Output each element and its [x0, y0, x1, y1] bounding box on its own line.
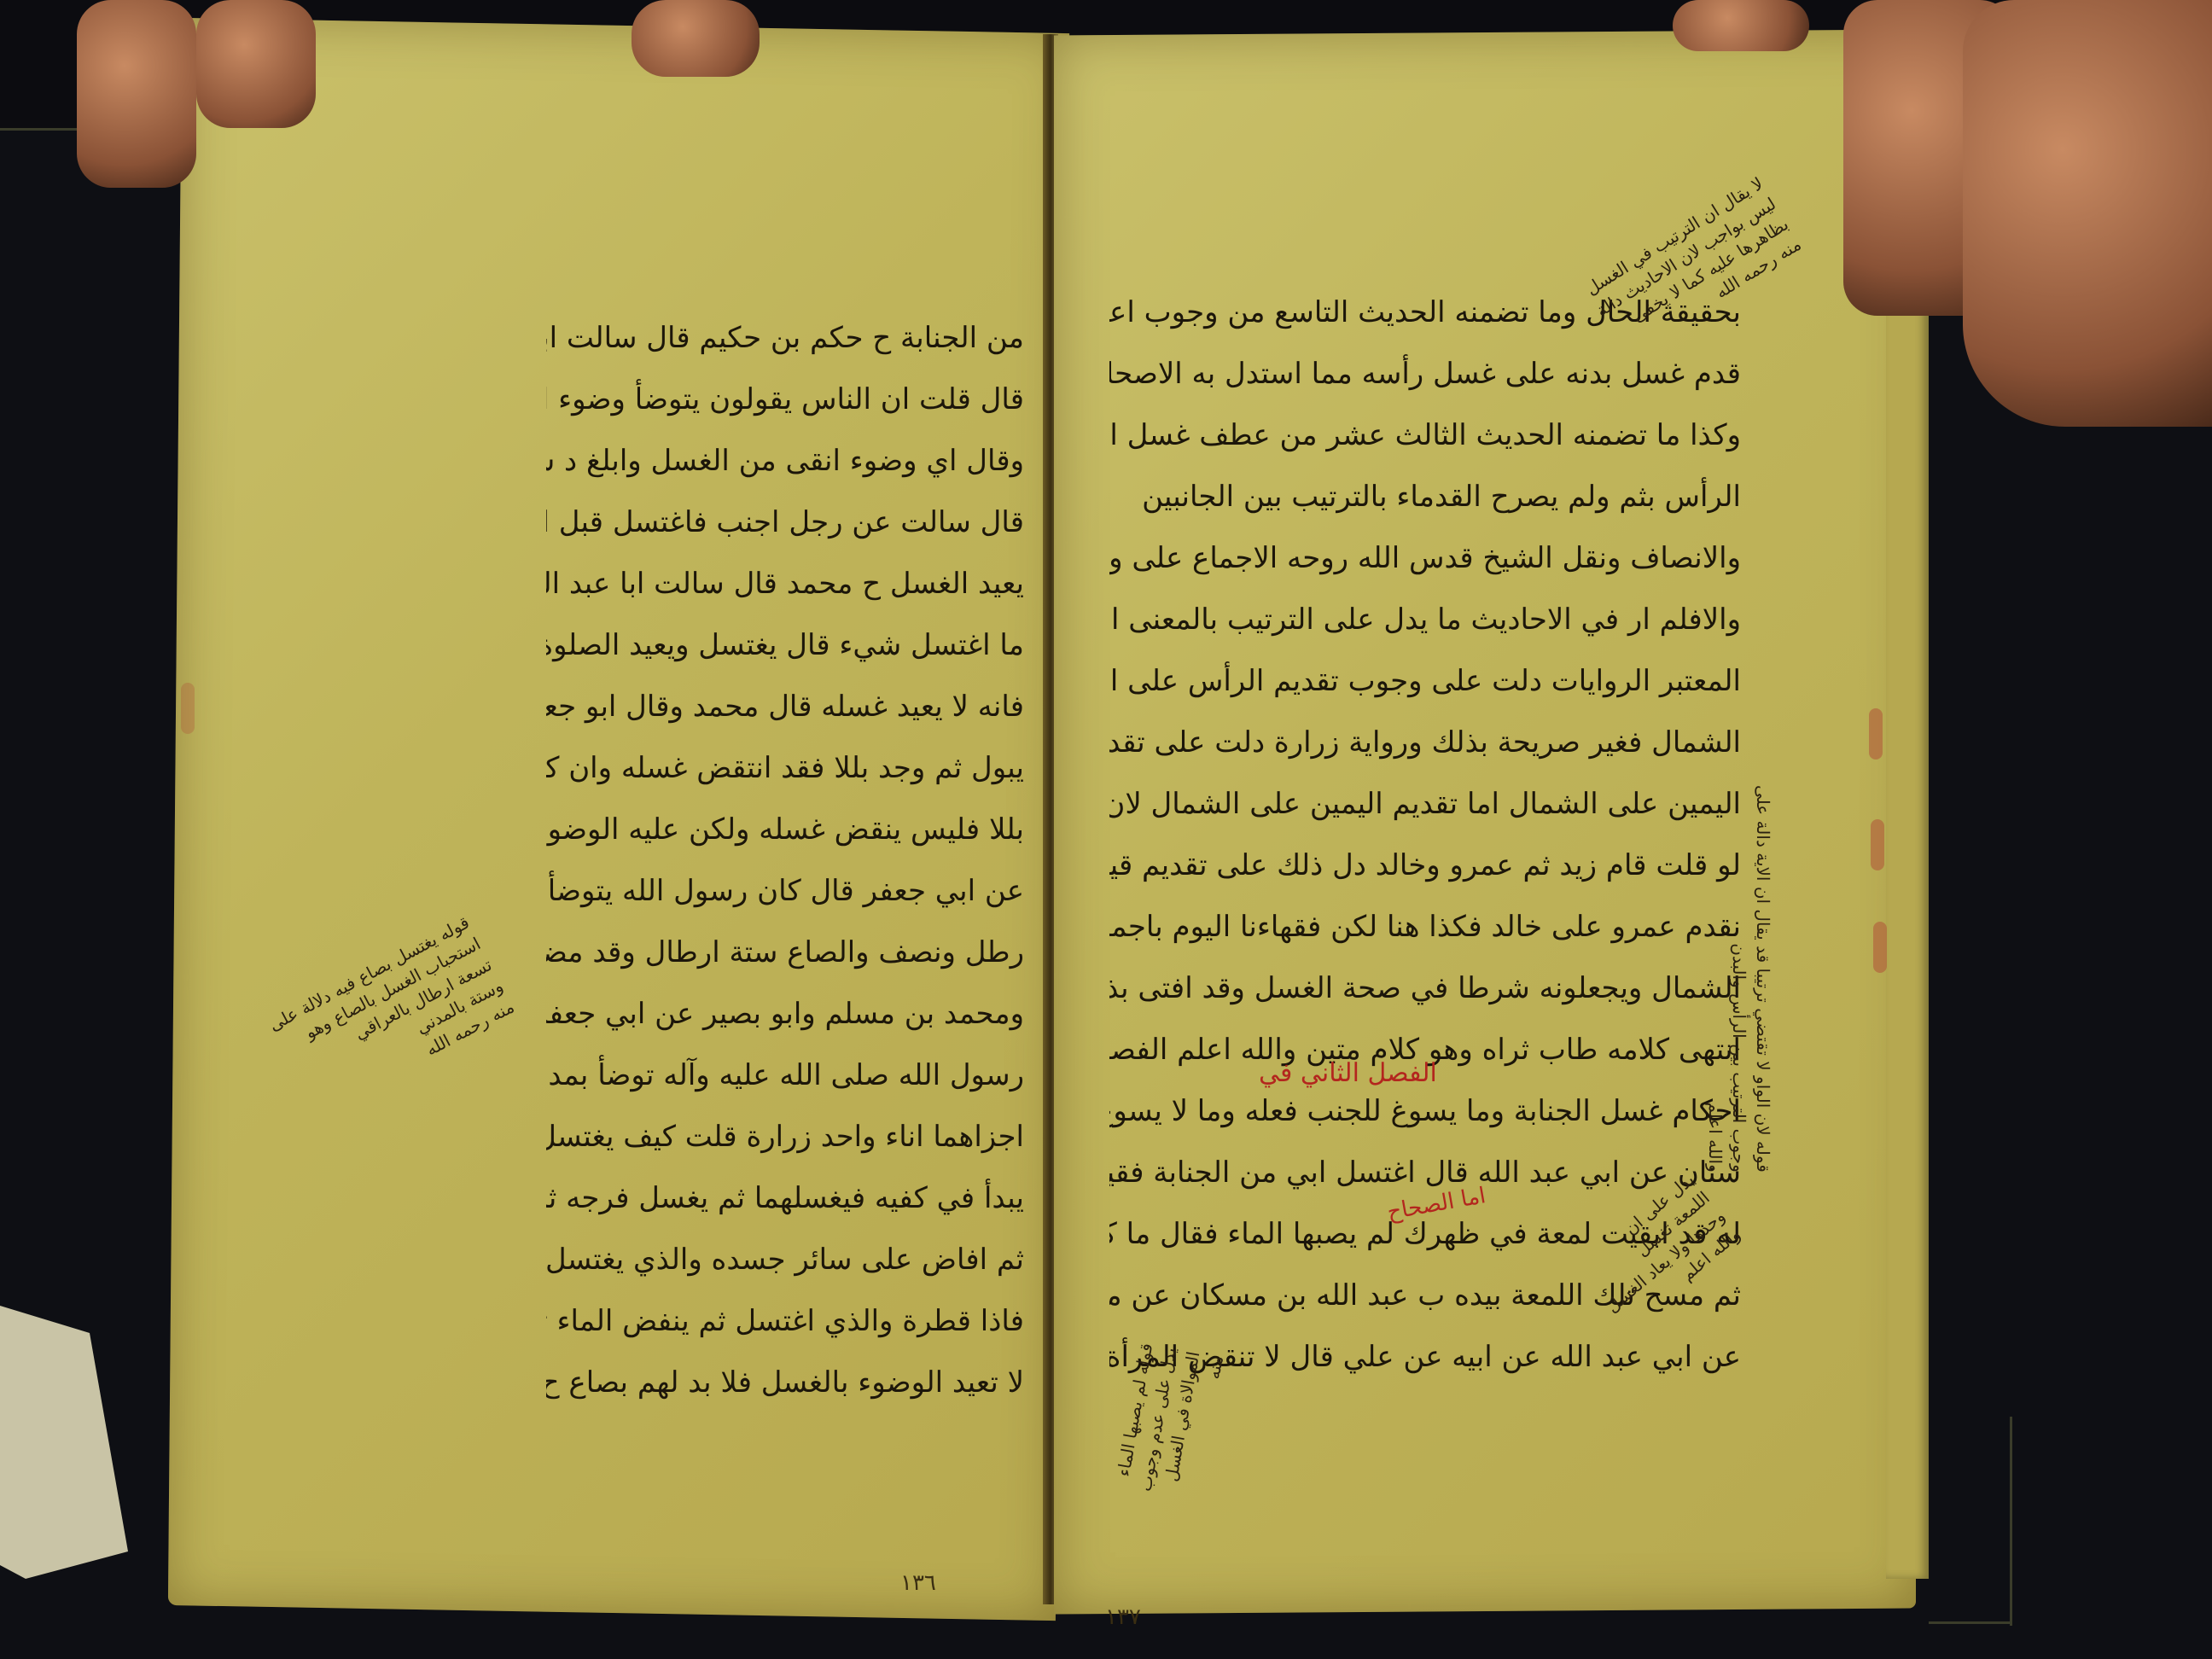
text-line: لا تعيد الوضوء بالغسل فلا بد لهم بصاع ح … [546, 1352, 1024, 1413]
left-folio-number: ١٣٦ [900, 1570, 936, 1596]
text-line: رسول الله صلى الله عليه وآله توضأ بمد وا… [546, 1045, 1024, 1106]
text-line: الشمال ويجعلونه شرطا في صحة الغسل وقد اف… [1109, 958, 1741, 1019]
text-line: وكذا ما تضمنه الحديث الثالث عشر من عطف غ… [1109, 405, 1741, 466]
red-stain [1873, 922, 1887, 973]
text-line: قال سالت عن رجل اجنب فاغتسل قبل ان يبول … [546, 492, 1024, 553]
text-line: والافلم ار في الاحاديث ما يدل على الترتي… [1109, 589, 1741, 650]
text-line: يبدأ في كفيه فيغسلهما ثم يغسل فرجه ثم يص… [546, 1167, 1024, 1229]
left-hand-finger [632, 0, 760, 77]
text-line: يبول ثم وجد بللا فقد انتقض غسله وان كان … [546, 737, 1024, 799]
text-line: ما اغتسل شيء قال يغتسل ويعيد الصلوة الا … [546, 614, 1024, 676]
text-line: بللا فليس ينقض غسله ولكن عليه الوضوء لان… [546, 799, 1024, 860]
right-hand-finger [1673, 0, 1809, 51]
red-stain [1871, 819, 1884, 870]
text-line: والانصاف ونقل الشيخ قدس الله روحه الاجما… [1109, 527, 1741, 589]
text-line: يعيد الغسل ح محمد قال سالت ابا عبد الله … [546, 553, 1024, 614]
text-line: وقال اي وضوء انقى من الغسل وابلغ د سليما… [546, 430, 1024, 492]
text-line: المعتبر الروايات دلت على وجوب تقديم الرأ… [1109, 650, 1741, 712]
note-line: والله اعلم [1703, 785, 1727, 1173]
text-line: اجزاهما اناء واحد زرارة قلت كيف يغتسل ال… [546, 1106, 1024, 1167]
text-line: لو قلت قام زيد ثم عمرو وخالد دل ذلك على … [1109, 835, 1741, 896]
left-page-text: من الجنابة ح حكم بن حكيم قال سالت ابا عب… [546, 307, 1024, 1413]
right-hand-palm [1963, 0, 2212, 427]
text-line: نقدم عمرو على خالد فكذا هنا لكن فقهاءنا … [1109, 896, 1741, 958]
text-line: عن ابي جعفر قال كان رسول الله يتوضأ بمد … [546, 860, 1024, 922]
background-frame-line [1929, 1621, 2012, 1624]
left-hand-finger [196, 0, 316, 128]
note-line: قوله لان الواو لا تقتضي ترتيبا قد يقال ا… [1751, 785, 1775, 1173]
note-line: وجوب الترتيب بين الرأس والبدن [1727, 785, 1751, 1173]
background-frame-line [2010, 1417, 2012, 1626]
text-line: من الجنابة ح حكم بن حكيم قال سالت ابا عب… [546, 307, 1024, 369]
text-line: رطل ونصف والصاع ستة ارطال وقد مضت صفحة ا… [546, 922, 1024, 983]
text-line: فاذا قطرة والذي اغتسل ثم ينفض الماء ثم ي… [546, 1290, 1024, 1352]
red-stain [181, 683, 195, 734]
text-line: قال قلت ان الناس يقولون يتوضأ وضوء الصلو… [546, 369, 1024, 430]
text-line: الشمال فغير صريحة بذلك ورواية زرارة دلت … [1109, 712, 1741, 773]
text-line: قدم غسل بدنه على غسل رأسه مما استدل به ا… [1109, 343, 1741, 405]
text-line: اليمين على الشمال اما تقديم اليمين على ا… [1109, 773, 1741, 835]
text-line: ثم افاض على سائر جسده والذي يغتسل الذي ي… [546, 1229, 1024, 1290]
red-stain [1869, 708, 1883, 760]
text-line: ومحمد بن مسلم وابو بصير عن ابي جعفر وابي… [546, 983, 1024, 1045]
chapter-rubric: الفصل الثاني في [1259, 1043, 1437, 1104]
text-line: الرأس بثم ولم يصرح القدماء بالترتيب بين … [1109, 466, 1741, 527]
side-marginal-note: قوله لان الواو لا تقتضي ترتيبا قد يقال ا… [1703, 785, 1775, 1173]
left-hand-thumb [77, 0, 196, 188]
text-line: فانه لا يعيد غسله قال محمد وقال ابو جعفر… [546, 676, 1024, 737]
right-folio-number: ١٣٧ [1105, 1604, 1141, 1630]
